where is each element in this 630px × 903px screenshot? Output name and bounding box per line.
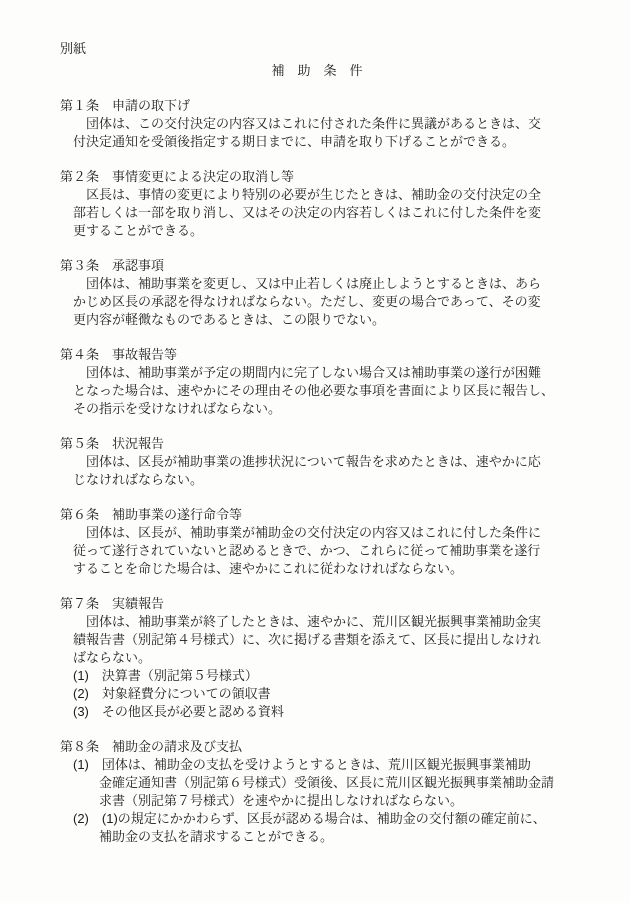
article-2-heading: 第２条 事情変更による決定の取消し等 (60, 168, 574, 186)
article-2-body: 区長は、事情の変更により特別の必要が生じたときは、補助金の交付決定の全 部若しく… (60, 186, 574, 240)
article-6-body: 団体は、区長が、補助事業が補助金の交付決定の内容又はこれに付した条件に 従って遂… (60, 524, 574, 578)
article-5-body: 団体は、区長が補助事業の進捗状況について報告を求めたときは、速やかに応 じなけれ… (60, 453, 574, 489)
article-3-body: 団体は、補助事業を変更し、又は中止若しくは廃止しようとするときは、あら かじめ区… (60, 275, 574, 329)
article-1-heading: 第１条 申請の取下げ (60, 97, 574, 115)
document-title: 補 助 条 件 (60, 62, 574, 80)
article-4-heading: 第４条 事故報告等 (60, 346, 574, 364)
article-5-heading: 第５条 状況報告 (60, 435, 574, 453)
article-2: 第２条 事情変更による決定の取消し等 区長は、事情の変更により特別の必要が生じた… (60, 168, 574, 240)
article-8: 第８条 補助金の請求及び支払 (1) 団体は、補助金の支払を受けようとするときは… (60, 738, 574, 846)
article-3-heading: 第３条 承認事項 (60, 257, 574, 275)
article-1: 第１条 申請の取下げ 団体は、この交付決定の内容又はこれに付された条件に異議があ… (60, 97, 574, 151)
article-3: 第３条 承認事項 団体は、補助事業を変更し、又は中止若しくは廃止しようとするとき… (60, 257, 574, 329)
article-7: 第７条 実績報告 団体は、補助事業が終了したときは、速やかに、荒川区観光振興事業… (60, 595, 574, 721)
document-page: 別紙 補 助 条 件 第１条 申請の取下げ 団体は、この交付決定の内容又はこれに… (0, 0, 630, 903)
article-8-heading: 第８条 補助金の請求及び支払 (60, 738, 574, 756)
article-7-body: 団体は、補助事業が終了したときは、速やかに、荒川区観光振興事業補助金実 績報告書… (60, 613, 574, 721)
article-6: 第６条 補助事業の遂行命令等 団体は、区長が、補助事業が補助金の交付決定の内容又… (60, 506, 574, 578)
article-5: 第５条 状況報告 団体は、区長が補助事業の進捗状況について報告を求めたときは、速… (60, 435, 574, 489)
article-6-heading: 第６条 補助事業の遂行命令等 (60, 506, 574, 524)
article-1-body: 団体は、この交付決定の内容又はこれに付された条件に異議があるときは、交 付決定通… (60, 115, 574, 151)
article-4-body: 団体は、補助事業が予定の期間内に完了しない場合又は補助事業の遂行が困難 となった… (60, 364, 574, 418)
article-4: 第４条 事故報告等 団体は、補助事業が予定の期間内に完了しない場合又は補助事業の… (60, 346, 574, 418)
article-7-heading: 第７条 実績報告 (60, 595, 574, 613)
attachment-label: 別紙 (60, 40, 574, 58)
article-8-body: (1) 団体は、補助金の支払を受けようとするときは、荒川区観光振興事業補助 金確… (60, 756, 574, 846)
